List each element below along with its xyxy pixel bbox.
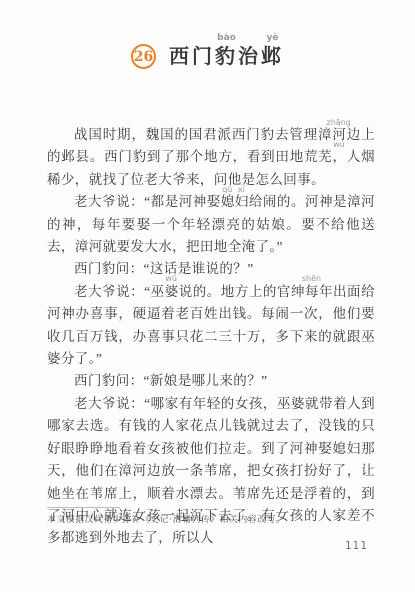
pinyin-annotated-char: wū巫 <box>151 284 165 299</box>
pinyin-annotated-char: zhāng漳 <box>318 127 332 142</box>
pinyin-label: wū <box>138 275 177 283</box>
pinyin-annotated-char: yè邺 <box>261 46 284 68</box>
lesson-body-text: 战国时期，魏国的国君派西门豹去管理zhāng漳河边上的邺县。西门豹到了那个地方，… <box>47 124 375 550</box>
pinyin-label: yè <box>267 34 279 43</box>
pinyin-annotated-char: wú芜 <box>318 149 332 164</box>
lesson-number: 26 <box>134 49 153 65</box>
paragraph: 西门豹问：“这话是谁说的？” <box>47 258 375 280</box>
footnote-text: 本文根据汉代褚少孙补《史记·滑稽列传》相关内容改写。 <box>47 513 377 525</box>
pinyin-label: shēn <box>275 275 321 283</box>
lesson-title: 西门bào豹治yè邺 <box>169 45 284 69</box>
lesson-number-badge: 26 <box>131 44 156 69</box>
paragraph: 西门豹问：“新娘是哪儿来的？” <box>47 370 375 392</box>
pinyin-label: xí <box>211 186 245 194</box>
paragraph: 老大爷说：“wū巫婆说的。地方上的官shēn绅每年出面给河神办喜事，硬逼着老百姓… <box>47 281 375 371</box>
pinyin-annotated-char: bào豹 <box>215 46 238 68</box>
pinyin-annotated-char: qǔ娶 <box>207 194 221 209</box>
footnote-divider <box>47 507 120 508</box>
pinyin-label: wú <box>306 141 345 149</box>
paragraph: 老大爷说：“哪家有年轻的女孩，巫婆就带着人到哪家去选。有钱的人家花点儿钱就过去了… <box>47 393 375 550</box>
textbook-page: 26 西门bào豹治yè邺 战国时期，魏国的国君派西门豹去管理zhāng漳河边上… <box>0 0 415 592</box>
pinyin-annotated-char: xí媳 <box>221 194 235 209</box>
pinyin-label: zhāng <box>300 119 351 127</box>
page-number: 111 <box>345 540 368 552</box>
paragraph: 老大爷说：“都是河神qǔ娶xí媳妇给闹的。河神是漳河的神，每年要娶一个年轻漂亮的… <box>47 191 375 258</box>
pinyin-label: bào <box>217 34 236 43</box>
pinyin-annotated-char: shēn绅 <box>291 284 305 299</box>
paragraph: 战国时期，魏国的国君派西门豹去管理zhāng漳河边上的邺县。西门豹到了那个地方，… <box>47 124 375 191</box>
lesson-title-row: 26 西门bào豹治yè邺 <box>0 44 415 69</box>
